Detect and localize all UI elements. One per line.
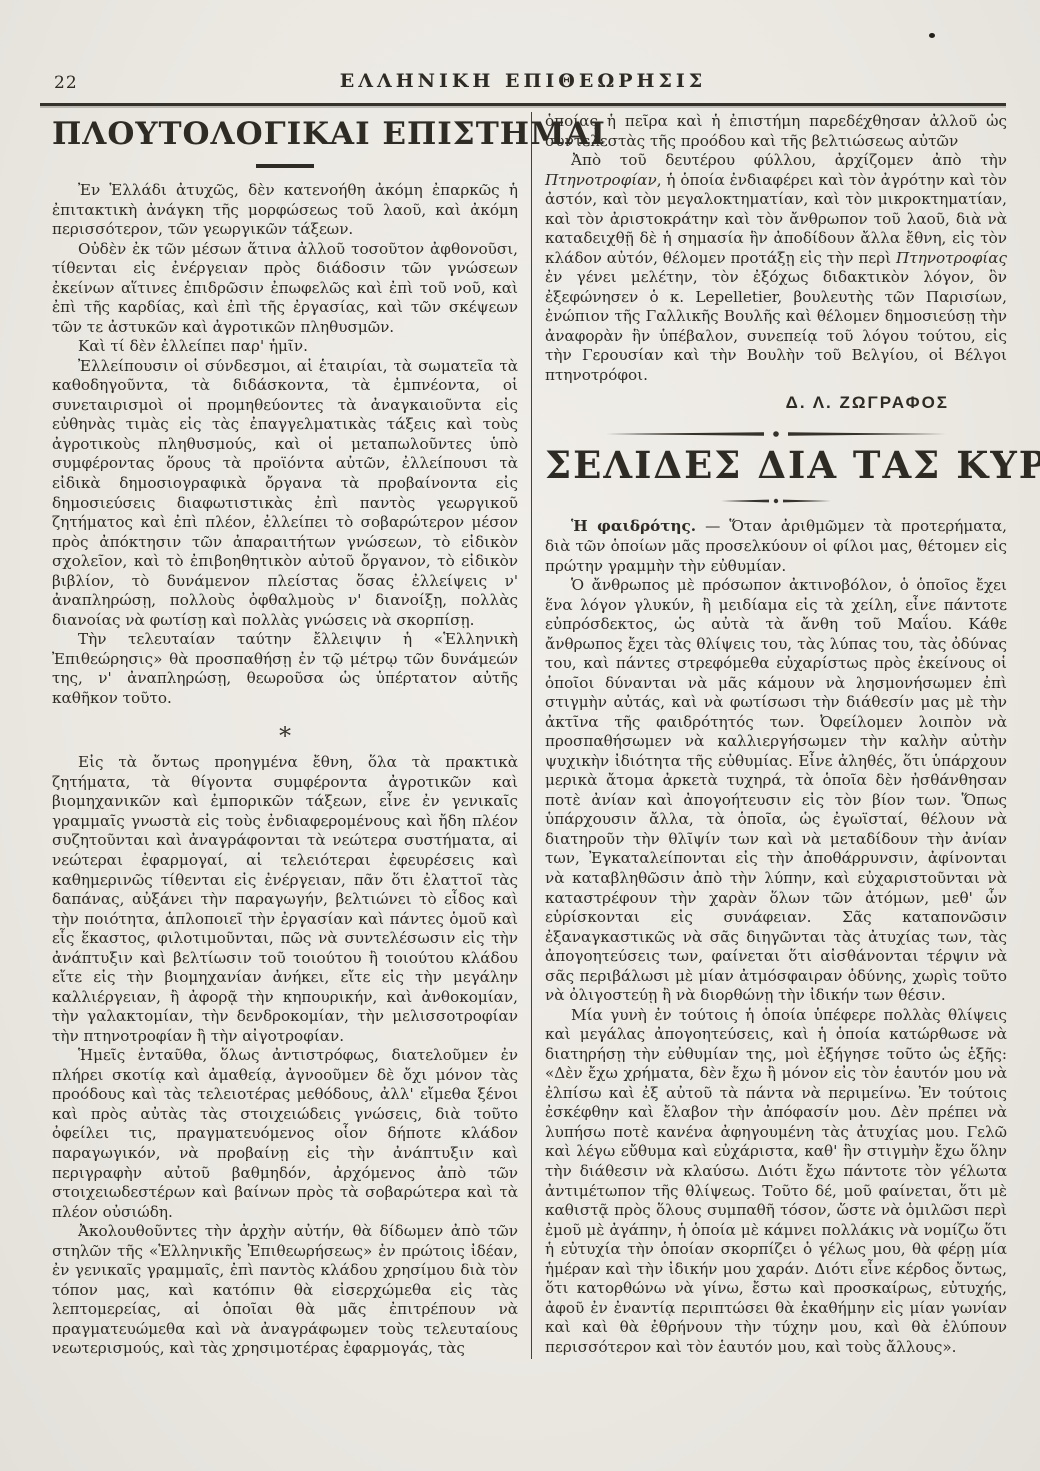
paragraph: Ἐλλείπουσιν οἱ σύνδεσμοι, αἱ ἑταιρίαι, τ… [52,357,518,630]
right-column: ὁποίας ἡ πεῖρα καὶ ἡ ἐπιστήμη παρεδέχθησ… [532,112,1007,1359]
paragraph: Τὴν τελευταίαν ταύτην ἔλλειψιν ἡ «Ἑλληνι… [52,630,518,708]
left-column: ΠΛΟΥΤΟΛΟΓΙΚΑΙ ΕΠΙΣΤΗΜΑΙ Ἐν Ἑλλάδι ἀτυχῶς… [52,112,532,1359]
paragraph: Καὶ τί δὲν ἐλλείπει παρ' ἡμῖν. [52,337,518,357]
author-signature: Δ. Λ. ΖΩΓΡΑΦΟΣ [545,393,949,413]
paragraph: Ἀπὸ τοῦ δευτέρου φύλλου, ἀρχίζομεν ἀπὸ τ… [545,151,1007,385]
two-column-body: ΠΛΟΥΤΟΛΟΓΙΚΑΙ ΕΠΙΣΤΗΜΑΙ Ἐν Ἑλλάδι ἀτυχῶς… [52,112,1008,1359]
paragraph: Εἰς τὰ ὄντως προηγμένα ἔθνη, ὅλα τὰ πρακ… [52,753,518,1046]
italic-term: Πτηνοτροφίαν [545,171,657,189]
print-artifact-dot [929,33,935,38]
masthead: 22 ΕΛΛΗΝΙΚΗ ΕΠΙΘΕΩΡΗΣΙΣ [40,70,1006,106]
title-underline-ornament [256,164,314,168]
paragraph: Ὁ ἄνθρωπος μὲ πρόσωπον ἀκτινοβόλον, ὁ ὁπ… [545,576,1007,1006]
paragraph: Οὐδὲν ἐκ τῶν μέσων ἅτινα ἀλλοῦ τοσοῦτον … [52,240,518,338]
continuation-paragraph: ὁποίας ἡ πεῖρα καὶ ἡ ἐπιστήμη παρεδέχθησ… [545,112,1007,151]
scanned-journal-page: 22 ΕΛΛΗΝΙΚΗ ΕΠΙΘΕΩΡΗΣΙΣ ΠΛΟΥΤΟΛΟΓΙΚΑΙ ΕΠ… [0,0,1040,1471]
journal-running-title: ΕΛΛΗΝΙΚΗ ΕΠΙΘΕΩΡΗΣΙΣ [40,70,1006,92]
tapered-rule-ornament-small [721,497,831,505]
lead-title: Ἡ φαιδρότης. [571,517,696,535]
paragraph: Ἡμεῖς ἐνταῦθα, ὅλως ἀντιστρόφως, διατελο… [52,1046,518,1222]
paragraph-text: Ἀπὸ τοῦ δευτέρου φύλλου, ἀρχίζομεν ἀπὸ τ… [571,151,1007,169]
paragraph: Μία γυνὴ ἐν τούτοις ἡ ὁποία ὑπέφερε πολλ… [545,1006,1007,1358]
paragraph: Ἐν Ἑλλάδι ἀτυχῶς, δὲν κατενοήθη ἀκόμη ἐπ… [52,181,518,240]
paragraph: Ἀκολουθοῦντες τὴν ἀρχὴν αὐτήν, θὰ δίδωμε… [52,1222,518,1359]
tapered-rule-ornament [606,429,946,439]
lead-paragraph: Ἡ φαιδρότης. — Ὅταν ἀριθμῶμεν τὰ προτερή… [545,517,1007,576]
asterisk-divider-icon: ∗ [52,719,518,743]
italic-term: Πτηνοτροφίας [896,249,1007,267]
masthead-rule [40,103,1006,106]
article-title: ΠΛΟΥΤΟΛΟΓΙΚΑΙ ΕΠΙΣΤΗΜΑΙ [52,116,518,152]
page-number: 22 [54,73,78,93]
paragraph-text: ἐν γένει μελέτην, τὸν ἐξόχως διδακτικὸν … [545,268,1007,384]
section-title: ΣΕΛΙΔΕΣ ΔΙΑ ΤΑΣ ΚΥΡΙΑΣ [545,443,1007,487]
